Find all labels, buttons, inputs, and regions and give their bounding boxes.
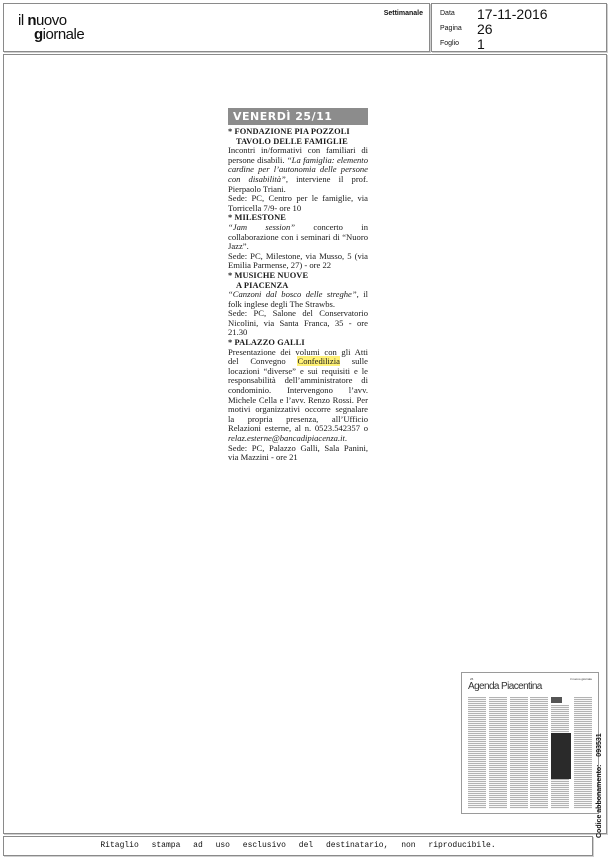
meta-value: 1: [477, 36, 485, 52]
event-item: * MUSICHE NUOVE A PIACENZA “Canzoni dal …: [228, 271, 368, 338]
event-body: Incontri in/formativi con familiari di p…: [228, 146, 368, 194]
event-item: * PALAZZO GALLI Presentazione dei volumi…: [228, 338, 368, 463]
event-body: Presentazione dei volumi con gli Atti de…: [228, 348, 368, 444]
thumbnail-title: Agenda Piacentina: [468, 681, 542, 692]
footer-bar: Ritaglio stampa ad uso esclusivo del des…: [3, 836, 593, 856]
page-thumbnail: 26 il nuovo giornale Agenda Piacentina: [461, 672, 599, 814]
event-item: * FONDAZIONE PIA POZZOLI TAVOLO DELLE FA…: [228, 127, 368, 213]
thumbnail-dark-box: [551, 733, 571, 779]
frequency-label: Settimanale: [384, 10, 423, 17]
event-venue: Sede: PC, Centro per le famiglie, via To…: [228, 194, 368, 213]
thumbnail-text-column: [510, 697, 528, 809]
thumbnail-box: [551, 697, 562, 703]
event-title-line1: * MUSICHE NUOVE: [228, 271, 308, 280]
event-body-text: .: [345, 433, 347, 443]
event-title-line1: * FONDAZIONE PIA POZZOLI: [228, 127, 350, 136]
event-body-text: sulle locazioni “diverse” e sui requisit…: [228, 356, 368, 433]
thumbnail-masthead: il nuovo giornale: [570, 677, 592, 681]
logo-prefix: il: [18, 12, 27, 29]
highlighted-keyword: Confedilizia: [297, 356, 339, 366]
event-body-quote: “Jam session”: [228, 222, 295, 232]
meta-label: Pagina: [440, 25, 476, 32]
day-banner: VENERDÌ 25/11: [228, 108, 368, 125]
event-email: relaz.esterne@bancadipiacenza.it: [228, 433, 345, 443]
footer-notice: Ritaglio stampa ad uso esclusivo del des…: [4, 841, 592, 850]
thumbnail-text-column: [530, 697, 548, 809]
event-venue: Sede: PC, Salone del Conservatorio Nicol…: [228, 309, 368, 338]
logo-bold-g: g: [34, 26, 43, 43]
newspaper-logo: il nuovo giornale: [18, 14, 84, 42]
subscription-code-label: Codice abbonamento:: [596, 764, 603, 838]
subscription-code-value: 093531: [596, 733, 603, 756]
meta-label: Data: [440, 10, 476, 17]
event-item: * MILESTONE “Jam session” concerto in co…: [228, 213, 368, 271]
thumbnail-text-column: [489, 697, 507, 809]
event-body-quote: “Canzoni dal bosco delle streghe”: [228, 289, 357, 299]
logo-line2: giornale: [18, 28, 84, 42]
clipping-area: VENERDÌ 25/11 * FONDAZIONE PIA POZZOLI T…: [3, 54, 607, 834]
event-body: “Jam session” concerto in collaborazione…: [228, 223, 368, 252]
event-title: * FONDAZIONE PIA POZZOLI TAVOLO DELLE FA…: [228, 127, 368, 146]
meta-value: 17-11-2016: [477, 6, 548, 22]
thumbnail-text-column: [468, 697, 486, 809]
article-clipping: VENERDÌ 25/11 * FONDAZIONE PIA POZZOLI T…: [228, 108, 368, 463]
header-left-panel: il nuovo giornale Settimanale: [3, 3, 430, 52]
event-venue: Sede: PC, Palazzo Galli, Sala Panini, vi…: [228, 444, 368, 463]
logo-rest2: iornale: [43, 26, 85, 43]
event-title: * MUSICHE NUOVE A PIACENZA: [228, 271, 368, 290]
event-venue: Sede: PC, Milestone, via Musso, 5 (via E…: [228, 252, 368, 271]
header-meta-panel: Data 17-11-2016 Pagina 26 Foglio 1: [431, 3, 607, 52]
event-body: “Canzoni dal bosco delle streghe”, il fo…: [228, 290, 368, 309]
meta-value: 26: [477, 21, 493, 37]
subscription-code: Codice abbonamento: 093531: [596, 733, 603, 838]
meta-label: Foglio: [440, 40, 476, 47]
thumbnail-text-column: [574, 697, 592, 809]
